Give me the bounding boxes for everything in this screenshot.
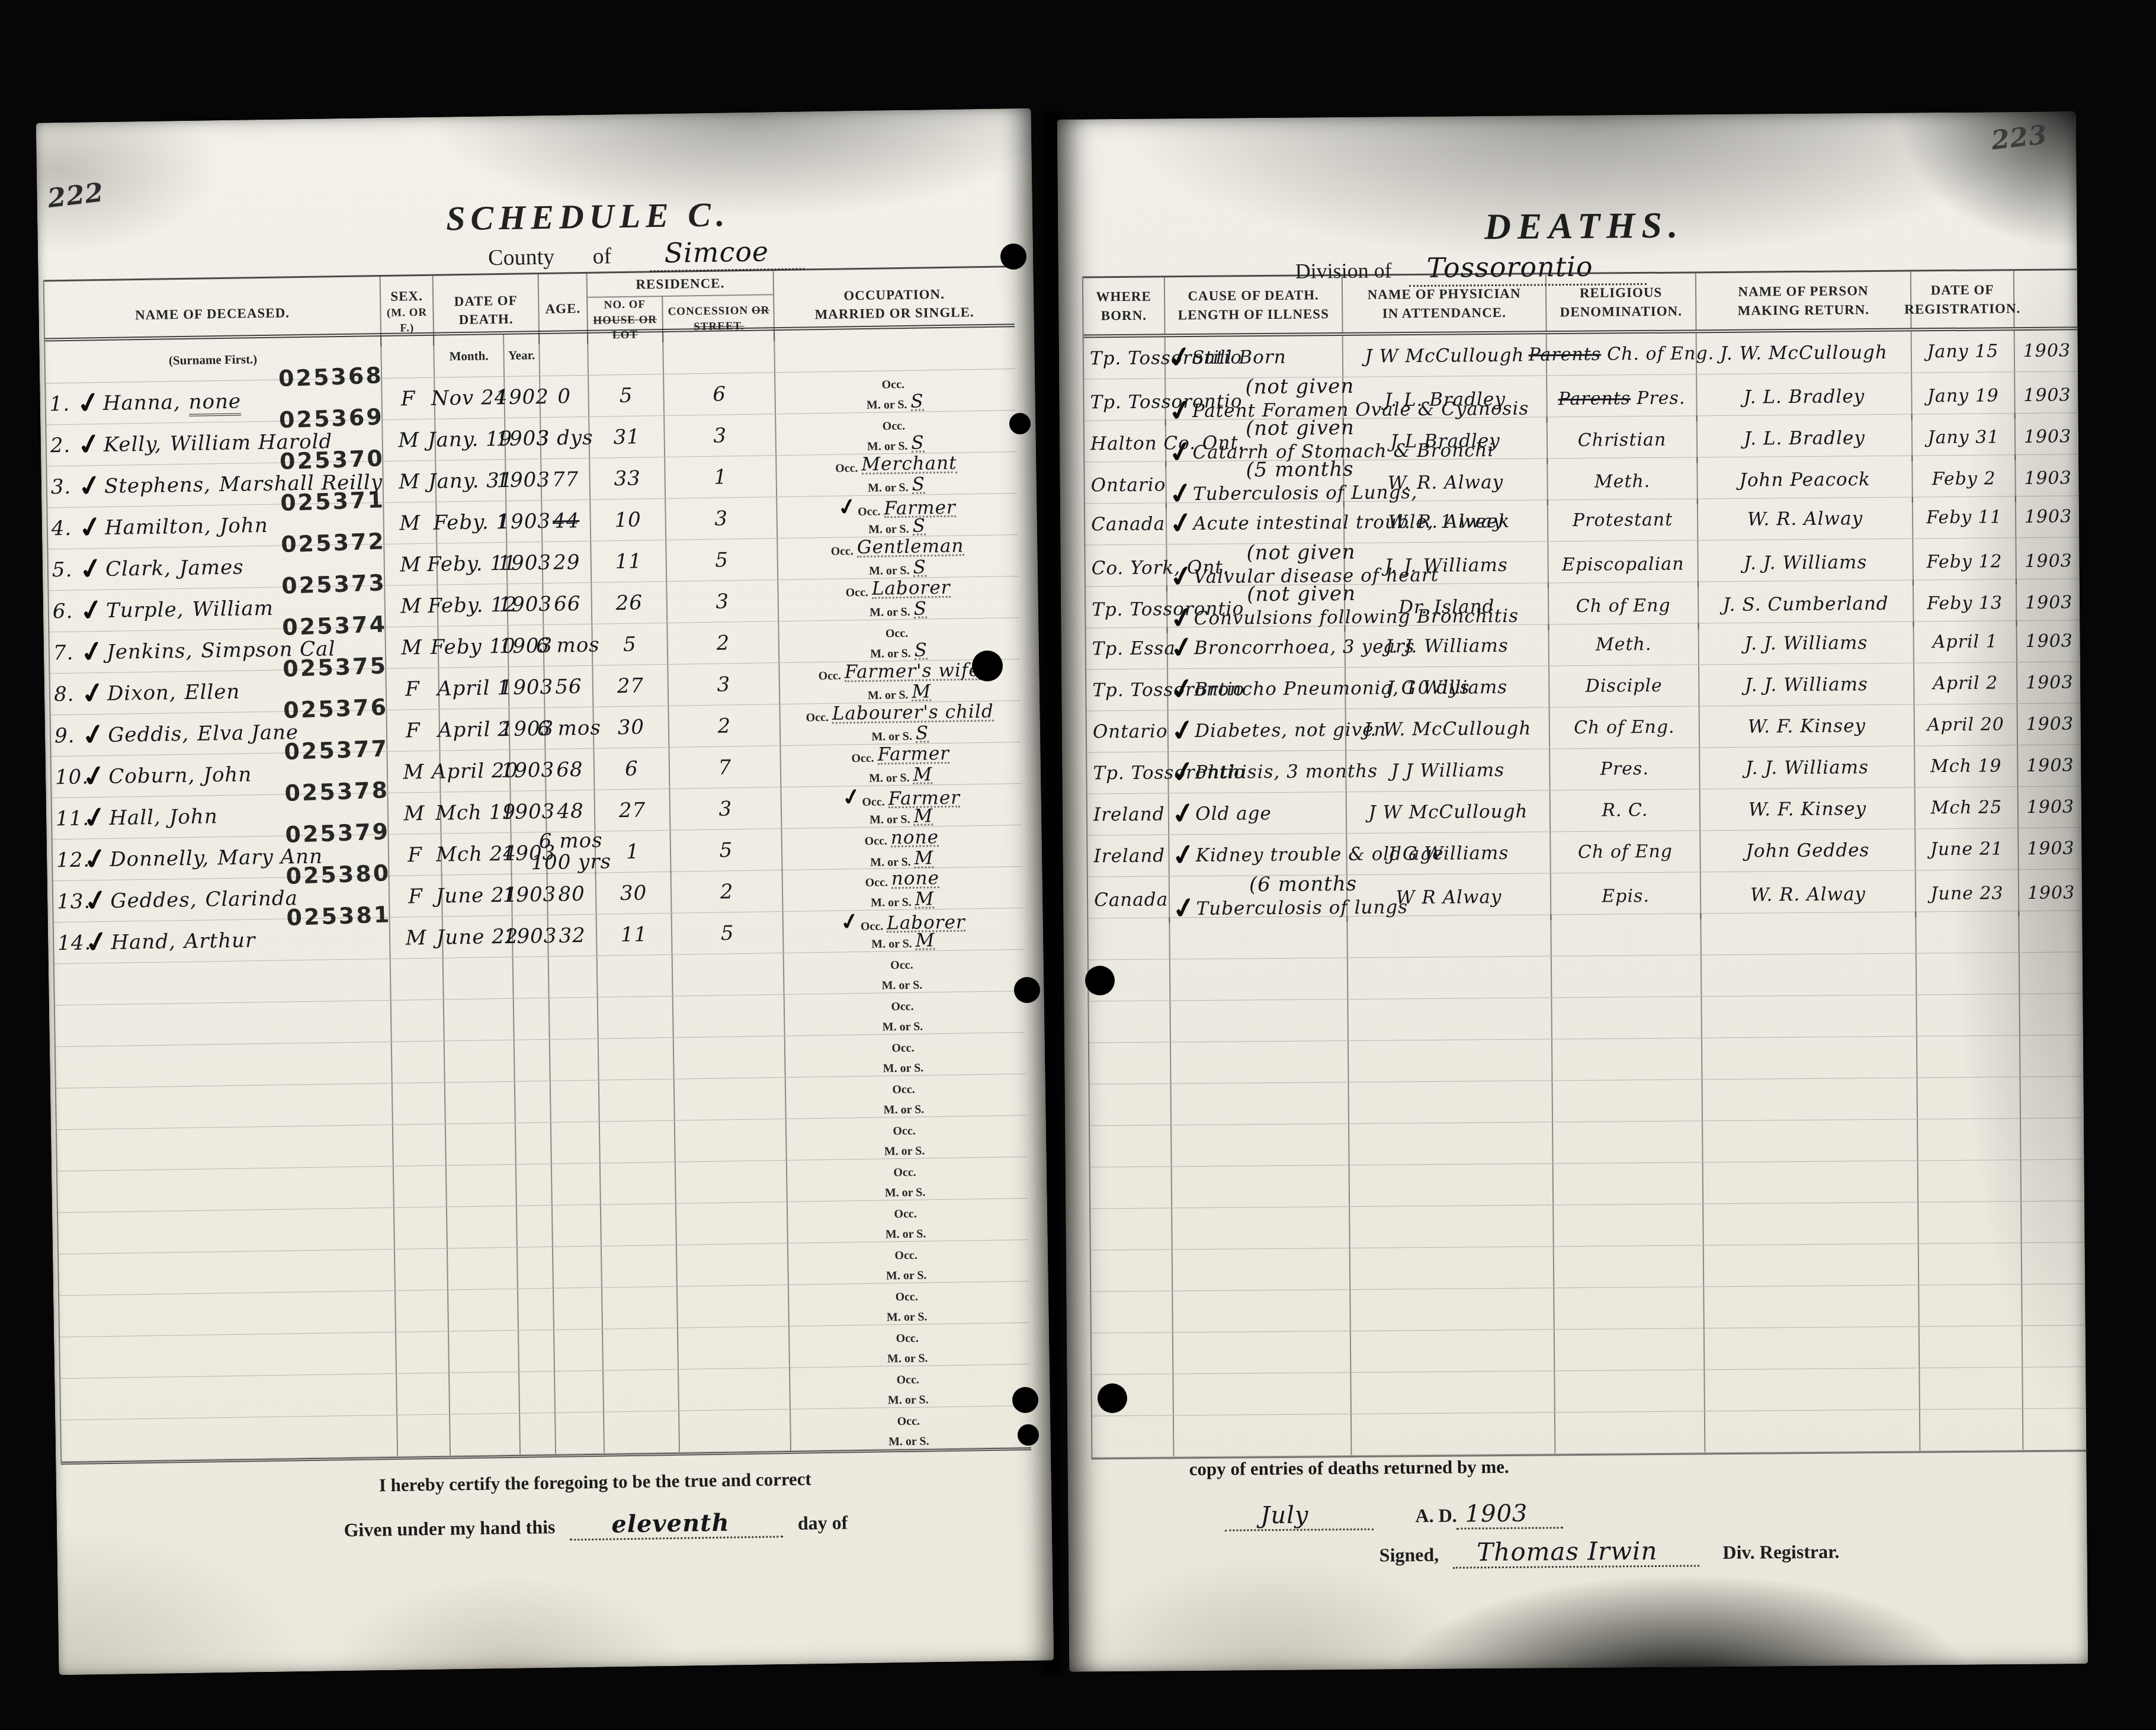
certify-month-value: July (1225, 1501, 1374, 1532)
registration-year-cell: 1903 (2018, 745, 2083, 786)
registration-year-cell-value: 1903 (2025, 592, 2073, 613)
certificate-number-stamp: 025372 (281, 528, 386, 558)
registration-year-cell-value: 1903 (2023, 385, 2071, 406)
house-lot-cell (599, 1079, 675, 1122)
concession-cell: 3 (668, 663, 780, 706)
registration-year-cell-value: 1903 (2025, 550, 2072, 572)
check-mark: ✓ (1169, 839, 1198, 871)
house-lot-cell (603, 1328, 679, 1370)
physician-cell-value: J W McCullough (1368, 800, 1528, 823)
concession-cell (677, 1244, 789, 1286)
religion-cell: ParentsPres. (1547, 374, 1698, 422)
sex-cell (392, 1000, 445, 1042)
deceased-name: Hall,John (109, 805, 218, 830)
marital-line: M. or S.M (864, 764, 939, 786)
physician-cell: J. J. Williams (1345, 624, 1549, 667)
religion-cell: Disciple (1549, 665, 1700, 707)
surname: Clark, (105, 556, 171, 581)
occupation-line-label: Occ. (865, 876, 892, 889)
religion-value: Christian (1578, 430, 1667, 451)
physician-cell-value: J L Bradley (1390, 430, 1500, 452)
concession-cell: 3 (665, 414, 777, 457)
cause-value: Still Born (1192, 346, 1286, 368)
concession-cell-value: 5 (715, 548, 729, 572)
registration-date-cell-value: Mch 25 (1930, 797, 2002, 818)
sex-cell-value: F (405, 677, 420, 701)
subheader-blank (381, 336, 435, 378)
age-value: 6 mos (537, 716, 601, 741)
empty-row-right (1092, 1367, 2087, 1416)
row-number: 11. (56, 806, 84, 831)
registration-date-cell: Jany 19 (1912, 372, 2016, 419)
occupation-line-label: Occ. (890, 958, 917, 972)
concession-cell-value: 7 (718, 755, 731, 779)
dotted-leader: S (911, 435, 925, 453)
marital-line: M. or S.S (864, 518, 932, 537)
cause-of-death-cell: ✓Phthisis, 3 months (1169, 751, 1347, 793)
county-line: County of Simcoe (488, 235, 805, 271)
physician-cell (1350, 1164, 1554, 1206)
occupation-line: Occ. (885, 952, 923, 972)
death-year-cell: 1902 (505, 376, 541, 418)
given-prefix: Given under my hand this (344, 1516, 555, 1540)
county-value: Simcoe (649, 235, 804, 272)
concession-cell-value: 3 (713, 424, 727, 447)
cause-of-death-cell: ✓Diabetes, not given (1169, 709, 1347, 751)
check-mark: ✓ (76, 470, 105, 502)
sex-cell: F (390, 876, 443, 917)
age-cell: 56 (544, 666, 593, 707)
registration-date-cell (1917, 994, 2020, 1036)
deceased-name: Dixon,Ellen (107, 680, 240, 705)
occupation-line-label: Occ. (883, 419, 909, 432)
registration-year-cell (2023, 1325, 2087, 1367)
check-mark: ✓ (836, 495, 858, 520)
marital-line: M. or S.S (865, 640, 933, 661)
person-making-return-cell: J. J. Williams (1699, 621, 1914, 664)
registration-year-cell: 1903 (2015, 371, 2080, 418)
concession-cell (679, 1368, 791, 1411)
where-born-cell: Tp. Tossorontio (1084, 337, 1166, 379)
marital-line-label: M. or S. (881, 978, 926, 992)
certificate-number-stamp: 025368 (278, 362, 384, 392)
subheader-blank (540, 334, 589, 376)
registration-year-cell-value: 1903 (2025, 506, 2072, 527)
check-mark: ✓ (79, 677, 108, 710)
marital-line-value: M (912, 681, 931, 702)
occupation-line-label: Occ. (896, 1373, 923, 1386)
empty-row-right (1092, 1408, 2087, 1457)
where-born-cell (1088, 918, 1170, 959)
name-cell (60, 1374, 397, 1420)
marital-line: M. or S.M (867, 933, 941, 952)
death-month-cell (445, 1082, 516, 1124)
house-lot-cell: 10 (591, 499, 666, 541)
marital-line-value: S (915, 722, 929, 744)
occupation-cell: Occ.noneM. or S.M (782, 825, 1022, 871)
occupation-line-value: Laborer (872, 577, 951, 600)
registration-date-cell-value: Feby 12 (1927, 551, 2003, 572)
name-cell (57, 1167, 394, 1212)
surname: Donnelly, (110, 847, 209, 872)
registration-date-cell-value: June 23 (1930, 883, 2003, 904)
occupation-cell: Occ.M. or S. (791, 1406, 1031, 1450)
person-making-return-cell: J. L. Bradley (1698, 414, 1913, 462)
county-label: County (488, 245, 555, 271)
left-page: 222 SCHEDULE C. County of Simcoe Name of… (36, 108, 1054, 1675)
person-making-return-cell: J. J. Williams (1698, 539, 1914, 587)
check-mark: ✓ (1167, 507, 1195, 539)
physician-cell (1347, 915, 1552, 957)
death-year-cell (516, 1123, 552, 1164)
house-lot-cell (598, 997, 674, 1039)
religion-cell: Meth. (1548, 457, 1698, 505)
occupation-line-label: Occ. (885, 626, 912, 640)
age-cell (554, 1329, 604, 1371)
physician-cell (1350, 1288, 1555, 1331)
religion-cell (1551, 914, 1702, 956)
person-making-return-cell-value: J. J. Williams (1744, 632, 1868, 655)
check-mark: ✓ (77, 553, 106, 585)
occupation-cell: Occ.M. or S. (789, 1282, 1029, 1326)
occupation-line: Occ. (890, 1242, 927, 1263)
registration-date-cell (1920, 1367, 2023, 1409)
certificate-number-stamp: 025376 (283, 694, 389, 723)
concession-cell (679, 1409, 791, 1452)
religion-cell (1552, 997, 1702, 1039)
occupation-line-label: Occ. (858, 505, 884, 518)
cause-of-death-cell: (6 months✓Tuberculosis of lungs (1170, 875, 1348, 923)
house-lot-cell-value: 26 (615, 591, 643, 615)
person-making-return-cell (1705, 1327, 1920, 1369)
cause-of-death-cell (1172, 1124, 1350, 1166)
where-born-cell: Tp. Tossorontio (1084, 379, 1166, 426)
occupation-cell: Occ.M. or S. (786, 1074, 1026, 1119)
religion-cell (1552, 955, 1702, 997)
registration-year-cell: 1903 (2016, 454, 2080, 501)
dotted-leader: M (912, 684, 931, 701)
sex-cell-value: M (399, 511, 421, 536)
occupation-line-label: Occ. (896, 1331, 922, 1345)
column-header-where-born: Where Born. (1083, 277, 1166, 334)
concession-cell (676, 1161, 788, 1203)
concession-cell (674, 1036, 786, 1079)
empty-row-right (1090, 1118, 2085, 1167)
occupation-line: Occ. (877, 371, 914, 392)
physician-cell: J G Williams (1346, 666, 1550, 709)
where-born-cell (1089, 1042, 1172, 1084)
dotted-leader: S (912, 518, 926, 536)
signed-label: Signed, (1379, 1544, 1439, 1566)
surname: Stephens, (104, 473, 211, 498)
marital-line: M. or S. (878, 1096, 933, 1117)
person-making-return-cell-value: John Peacock (1739, 469, 1871, 491)
column-header-cause-of-death: Cause of Death.Length of Illness (1165, 276, 1343, 334)
marital-line-label: M. or S. (870, 855, 915, 869)
house-lot-cell-value: 30 (620, 881, 647, 905)
marital-line: M. or S. (881, 1220, 936, 1242)
marital-line: M. or S. (883, 1386, 938, 1408)
occupation-line-value: Gentleman (857, 536, 964, 559)
age-cell (556, 1412, 605, 1454)
check-mark: ✓ (76, 512, 105, 544)
concession-cell: 3 (667, 580, 779, 623)
sex-cell: M (384, 502, 437, 544)
registration-year-cell (2020, 1035, 2085, 1077)
house-lot-cell-value: 6 (625, 757, 639, 780)
sex-cell (392, 1042, 445, 1083)
certify-year-value: 1903 (1456, 1500, 1563, 1529)
sex-cell (397, 1414, 451, 1456)
age-cell: 44 (542, 500, 591, 542)
person-making-return-cell-value: W. F. Kinsey (1748, 798, 1867, 821)
death-month-cell (444, 957, 514, 999)
occupation-line: Occ. (877, 412, 915, 433)
house-lot-cell-value: 5 (619, 383, 633, 407)
sex-cell-value: F (408, 843, 422, 867)
physician-cell: W R Alway (1347, 873, 1552, 921)
registrar-signature: Thomas Irwin (1453, 1536, 1699, 1568)
age-cell: 29 (543, 542, 592, 583)
concession-cell: 2 (672, 870, 784, 913)
check-mark: ✓ (75, 428, 104, 461)
death-year-cell: 1903 (510, 749, 546, 791)
age-cell: 0 (540, 376, 589, 417)
register-row-right: Tp. Tossorontio(not given✓Patent Foramen… (1084, 371, 2079, 421)
house-lot-cell: 6 (594, 748, 670, 790)
registration-year-cell (2022, 1284, 2087, 1325)
marital-line: M. or S.S (865, 598, 933, 620)
marital-line-value: S (912, 473, 925, 495)
certify-day-value: eleventh (570, 1508, 783, 1540)
row-number: 5. (52, 558, 80, 582)
page-number-right: 223 (1990, 120, 2049, 156)
length-of-illness-note: (not given (1246, 543, 1355, 562)
physician-cell: J. W. McCullough (1346, 707, 1551, 750)
name-cell (60, 1332, 397, 1378)
death-month-cell: April 1 (439, 667, 509, 709)
concession-cell: 5 (666, 539, 778, 581)
registration-date-cell (1917, 953, 2020, 994)
house-lot-cell: 33 (590, 457, 666, 499)
occupation-line-label: Occ. (893, 1124, 919, 1138)
person-making-return-cell-value: J. J. Williams (1746, 757, 1869, 779)
given-name: William (192, 596, 274, 621)
deceased-name: Geddis,Elva Jane (108, 720, 299, 747)
physician-cell: W. R. Alway (1345, 500, 1549, 543)
registration-year-cell (2022, 1242, 2087, 1284)
occupation-line: Occ.Gentleman (826, 536, 970, 558)
sex-cell (394, 1207, 448, 1249)
occupation-cell: Occ.GentlemanM. or S.S (778, 535, 1018, 579)
cause-of-death-cell: (5 months✓Tuberculosis of Lungs, (1166, 460, 1345, 508)
person-making-return-cell (1705, 1368, 1920, 1411)
register-row-right: Tp. Tossorontio✓Broncho Pneumonia, 10 dy… (1086, 662, 2081, 711)
concession-cell (678, 1327, 790, 1369)
marital-line-label: M. or S. (870, 813, 914, 826)
age-cell (551, 1081, 600, 1122)
occupation-line-value: Merchant (861, 453, 957, 475)
house-lot-cell-value: 10 (614, 508, 641, 532)
registration-date-cell: Feby 11 (1913, 496, 2017, 538)
registration-year-cell (2022, 1201, 2086, 1242)
occupation-cell: Occ.M. or S. (787, 1116, 1027, 1160)
marital-line-value: M (913, 805, 933, 826)
marital-line: M. or S.S (864, 557, 932, 578)
page-title-right: DEATHS. (1484, 204, 1685, 248)
occupation-line: Occ.none (859, 826, 945, 848)
religion-cell (1555, 1411, 1706, 1453)
occupation-cell: Occ.Labourer's childM. or S.S (780, 701, 1021, 745)
age-cell (550, 998, 599, 1039)
registration-date-cell (1919, 1243, 2023, 1284)
registration-date-cell: Mch 25 (1916, 787, 2019, 828)
row-number: 3. (50, 475, 78, 499)
sex-cell: M (390, 917, 444, 959)
physician-cell (1348, 956, 1552, 999)
occupation-cell: Occ.LaborerM. or S.S (778, 576, 1019, 621)
check-mark: ✓ (78, 636, 107, 668)
sex-cell (393, 1083, 446, 1124)
where-born-cell: Canada (1088, 876, 1170, 924)
certificate-number-stamp: 025379 (285, 818, 390, 848)
certificate-number-stamp: 025371 (280, 486, 386, 516)
marital-line: M. or S.S (862, 391, 930, 412)
given-name: Ellen (184, 680, 240, 704)
registration-date-cell (1917, 1036, 2021, 1077)
certification-right: copy of entries of deaths returned by me… (1189, 1452, 2030, 1571)
registration-year-cell: 1903 (2016, 496, 2081, 537)
religion-value: ParentsCh. of Eng. (1528, 343, 1714, 365)
marital-line-label: M. or S. (871, 896, 915, 909)
physician-cell (1351, 1329, 1555, 1372)
physician-cell: Dr. Island (1345, 583, 1549, 631)
occupation-cell: Occ.M. or S. (790, 1323, 1030, 1367)
occupation-line: Occ.Farmer (846, 744, 955, 765)
subheader-blank (588, 332, 664, 375)
registration-year-cell (2023, 1408, 2088, 1450)
marital-line: M. or S. (884, 1428, 939, 1449)
occupation-cell: Occ.M. or S. (790, 1364, 1031, 1409)
age-value: 0 (557, 385, 571, 408)
death-month-cell (445, 1040, 515, 1082)
death-month-cell (450, 1372, 520, 1414)
deceased-name: Hamilton,John (105, 514, 268, 540)
person-making-return-cell-value: W. R. Alway (1747, 508, 1863, 530)
death-month-cell: Jany. 31 (436, 460, 506, 502)
person-making-return-cell (1701, 912, 1917, 954)
registration-year-cell-value: 1903 (2026, 672, 2074, 693)
registration-date-cell (1918, 1160, 2022, 1202)
empty-row-right (1092, 1325, 2087, 1375)
where-born-cell (1091, 1291, 1173, 1332)
cause-of-death-cell (1173, 1331, 1352, 1373)
row-number: 8. (54, 682, 82, 706)
marital-line: M. or S.M (866, 889, 941, 910)
marital-line-label: M. or S. (867, 398, 911, 412)
marital-line-value: S (914, 639, 928, 661)
occupation-line: Occ. (887, 1034, 924, 1055)
occupation-line: Occ. (890, 1283, 928, 1303)
certificate-number-stamp: 025374 (282, 611, 387, 640)
person-making-return-cell: W. R. Alway (1701, 870, 1917, 918)
dotted-leader: none (891, 870, 939, 889)
registration-date-cell-value: Feby 2 (1932, 468, 1996, 489)
religion-value: Meth. (1596, 634, 1652, 655)
marital-line-label: M. or S. (868, 688, 912, 702)
religion-cell: R. C. (1551, 789, 1701, 831)
given-name: Arthur (184, 928, 255, 953)
cause-of-death-cell: ✓Acute intestinal trouble, 1 week (1167, 502, 1345, 544)
cause-value: Old age (1195, 802, 1272, 824)
sex-cell-value: M (403, 802, 425, 826)
occupation-line: Occ. (888, 1159, 926, 1180)
cause-of-death-cell (1172, 1207, 1350, 1249)
death-month-cell (448, 1289, 519, 1331)
occupation-line: Occ. (891, 1324, 928, 1345)
person-making-return-cell: John Peacock (1698, 456, 1913, 504)
concession-cell-value: 2 (720, 880, 733, 904)
where-born-cell-value: Ontario (1093, 720, 1168, 742)
cause-of-death-cell (1171, 1041, 1349, 1083)
house-lot-cell-value: 27 (619, 798, 646, 822)
religion-cell: Episcopalian (1548, 540, 1699, 588)
row-number: 13. (57, 889, 85, 914)
registration-date-cell-value: April 20 (1927, 714, 2004, 735)
house-lot-cell: 30 (593, 706, 669, 748)
dotted-leader: none (891, 829, 939, 848)
house-lot-cell: 30 (596, 872, 672, 914)
occupation-line: Occ.none (860, 868, 945, 890)
marital-line-label: M. or S. (884, 1144, 929, 1158)
register-row-right: Co. York, Ont.(not given✓Valvular diseas… (1085, 537, 2080, 587)
sex-cell-value: F (408, 885, 423, 908)
age-cell: 32 (548, 915, 598, 957)
length-of-illness-note: (not given (1245, 377, 1354, 396)
occupation-line-label: Occ. (864, 835, 891, 848)
age-cell (553, 1247, 602, 1288)
person-making-return-cell-value: John Geddes (1746, 840, 1869, 862)
register-row-right: Ontario(5 months✓Tuberculosis of Lungs,W… (1085, 454, 2080, 504)
marital-line-value: M (915, 930, 935, 951)
cause-of-death-cell (1170, 999, 1349, 1042)
house-lot-cell (601, 1204, 677, 1246)
registration-year-cell (2021, 1118, 2086, 1159)
certificate-number-stamp: 025378 (284, 777, 390, 806)
check-mark: ✓ (1169, 797, 1198, 829)
physician-cell-value: J. J. Williams (1384, 555, 1508, 577)
registration-year-cell-value: 1903 (2026, 713, 2074, 735)
age-note: 6 mos (539, 832, 603, 851)
occupation-line-label: Occ. (818, 669, 845, 683)
registration-date-cell (1919, 1284, 2023, 1326)
where-born-cell: Tp. Tossorontio (1086, 586, 1168, 633)
person-making-return-cell (1704, 1244, 1920, 1286)
age-value: 3 dys (536, 425, 593, 450)
where-born-cell-value: Ireland (1093, 845, 1165, 867)
register-row-right: Tp. Essa✓Broncorrhoea, 3 yearsJ. J. Will… (1086, 620, 2081, 669)
person-making-return-cell (1705, 1409, 1921, 1452)
registration-date-cell-value: Jany 15 (1927, 341, 1998, 362)
registration-year-cell-value: 1903 (2027, 838, 2075, 859)
religion-value: Epis. (1602, 886, 1650, 907)
registration-date-cell: Jany 15 (1912, 331, 2016, 372)
where-born-cell: Halton Co. Ont. (1085, 420, 1167, 467)
occupation-cell: Occ.M. or S. (785, 1033, 1026, 1077)
religion-cell (1554, 1287, 1705, 1329)
physician-cell-value: J J Williams (1391, 759, 1505, 781)
age-cell: 6 mos (545, 707, 594, 749)
